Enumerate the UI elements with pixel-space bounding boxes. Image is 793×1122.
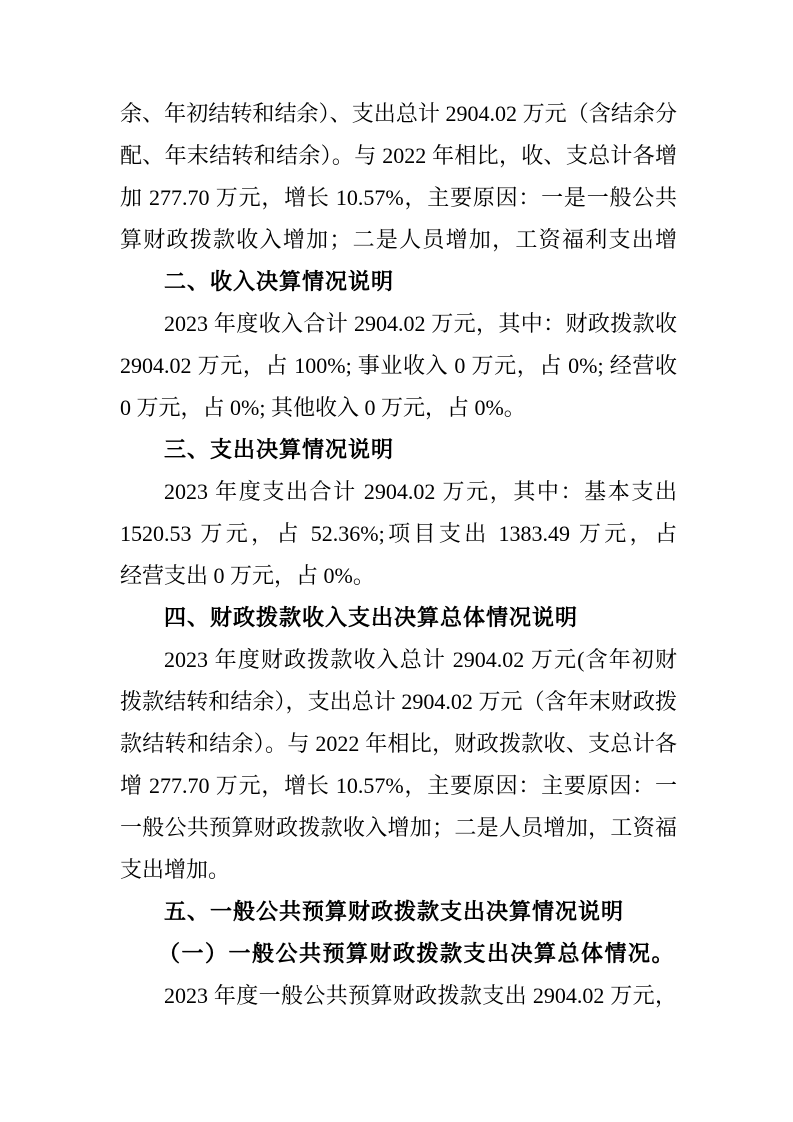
section-expenditure: 三、支出决算情况说明 2023 年度支出合计 2904.02 万元，其中：基本支… [120,429,677,597]
body-line: 增 277.70 万元，增长 10.57%，主要原因：主要原因：一是 [120,765,677,807]
body-line: 一般公共预算财政拨款收入增加；二是人员增加，工资福利 [120,807,677,849]
body-line: 0 万元，占 0%; 其他收入 0 万元，占 0%。 [120,387,677,429]
body-line: 余、年初结转和结余）、支出总计 2904.02 万元（含结余分 [120,93,677,135]
body-line: 1520.53 万元，占 52.36%;项目支出 1383.49 万元，占 47… [120,513,677,555]
paragraph-continuation: 余、年初结转和结余）、支出总计 2904.02 万元（含结余分 配、年末结转和结… [120,93,677,261]
section-heading-fiscal-overview: 四、财政拨款收入支出决算总体情况说明 [120,597,677,639]
section-heading-expenditure: 三、支出决算情况说明 [120,429,677,471]
body-line: 2023 年度财政拨款收入总计 2904.02 万元(含年初财政 [120,639,677,681]
body-line: 配、年末结转和结余）。与 2022 年相比，收、支总计各增 [120,135,677,177]
body-line: 支出增加。 [120,849,677,891]
body-line: 2023 年度支出合计 2904.02 万元，其中：基本支出 [120,471,677,513]
body-line: 2904.02 万元，占 100%; 事业收入 0 万元，占 0%; 经营收入 [120,345,677,387]
section-heading-income: 二、收入决算情况说明 [120,261,677,303]
text-block: 余、年初结转和结余）、支出总计 2904.02 万元（含结余分 配、年末结转和结… [120,93,677,1017]
body-line: 款结转和结余）。与 2022 年相比，财政拨款收、支总计各 [120,723,677,765]
section-income: 二、收入决算情况说明 2023 年度收入合计 2904.02 万元，其中：财政拨… [120,261,677,429]
body-line: 加 277.70 万元，增长 10.57%，主要原因：一是一般公共预 [120,177,677,219]
section-public-budget: 五、一般公共预算财政拨款支出决算情况说明 （一）一般公共预算财政拨款支出决算总体… [120,891,677,1017]
subsection-heading-overall: （一）一般公共预算财政拨款支出决算总体情况。 [120,933,677,975]
body-line: 2023 年度一般公共预算财政拨款支出 2904.02 万元，占 [120,975,677,1017]
body-line: 2023 年度收入合计 2904.02 万元，其中：财政拨款收入 [120,303,677,345]
doc-page: 余、年初结转和结余）、支出总计 2904.02 万元（含结余分 配、年末结转和结… [0,0,793,1122]
body-line: 经营支出 0 万元，占 0%。 [120,555,677,597]
section-fiscal-overview: 四、财政拨款收入支出决算总体情况说明 2023 年度财政拨款收入总计 2904.… [120,597,677,891]
section-heading-public-budget: 五、一般公共预算财政拨款支出决算情况说明 [120,891,677,933]
body-line: 算财政拨款收入增加；二是人员增加，工资福利支出增加。 [120,219,677,261]
body-line: 拨款结转和结余），支出总计 2904.02 万元（含年末财政拨 [120,681,677,723]
